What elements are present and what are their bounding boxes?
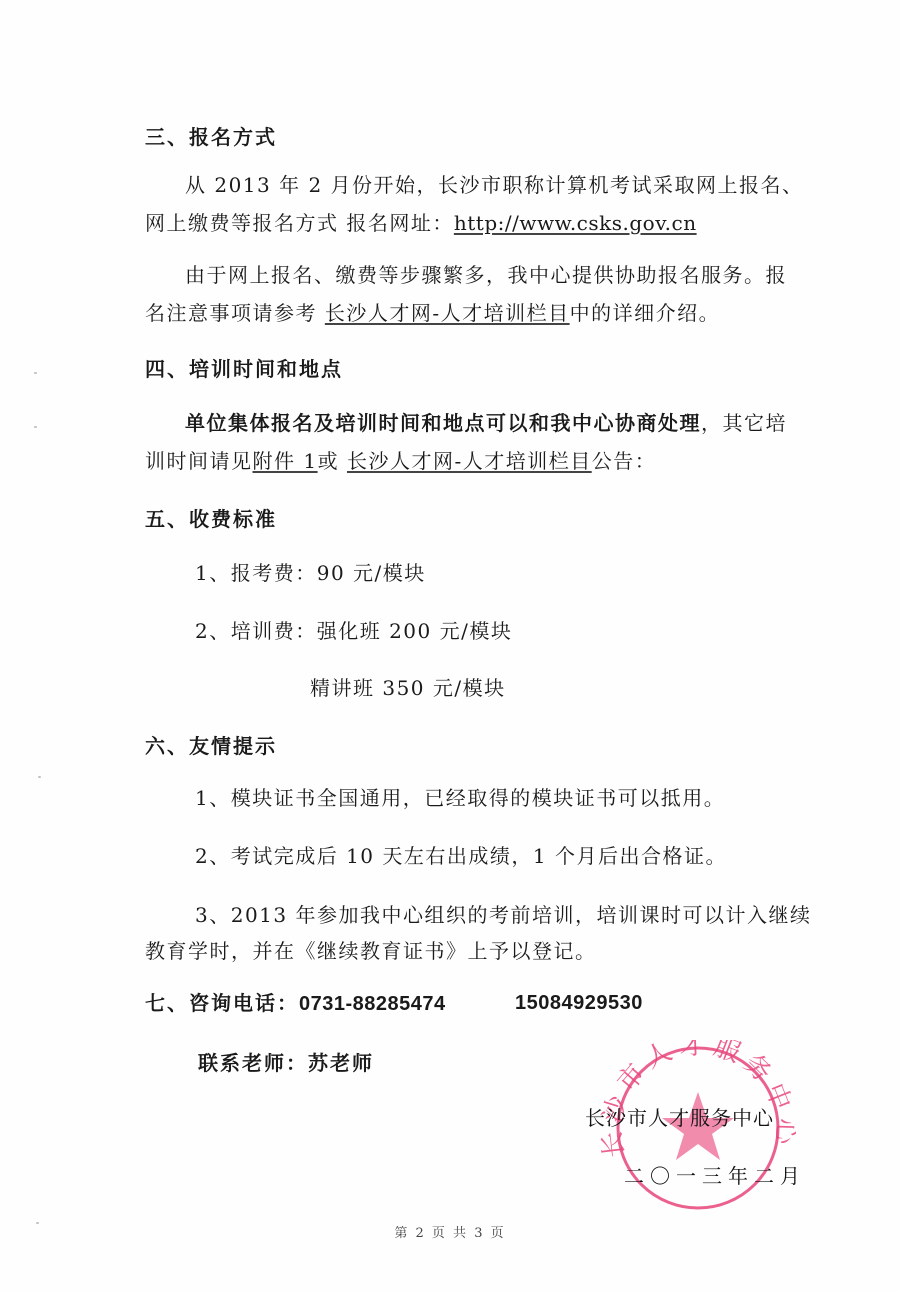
talent-training-link[interactable]: 长沙人才网-人才培训栏目 (325, 301, 570, 325)
contact-teacher: 联系老师：苏老师 (198, 1050, 374, 1076)
scan-speck (34, 372, 37, 374)
phone-landline: 0731-88285474 (299, 993, 446, 1015)
fee-item: 2、培训费：强化班 200 元/模块 (195, 618, 512, 644)
paragraph-text: 中的详细介绍。 (570, 301, 721, 325)
scan-speck (34, 426, 37, 428)
page-number-footer: 第 2 页 共 3 页 (0, 1222, 900, 1241)
section-heading-fees: 五、收费标准 (145, 506, 277, 532)
section-heading-tips: 六、友情提示 (145, 733, 277, 759)
tip-item: 1、模块证书全国通用，已经取得的模块证书可以抵用。 (195, 785, 725, 811)
paragraph-line: 单位集体报名及培训时间和地点可以和我中心协商处理，其它培 (185, 410, 787, 436)
paragraph-line: 训时间请见附件 1或 长沙人才网-人才培训栏目公告： (145, 448, 656, 474)
fee-item: 1、报考费：90 元/模块 (195, 560, 426, 586)
section-heading-registration: 三、报名方式 (145, 124, 277, 150)
section-heading-hotline: 七、咨询电话： (145, 991, 299, 1015)
paragraph-text: ，其它培 (701, 411, 787, 435)
paragraph-text: 网上缴费等报名方式 报名网址： (145, 211, 454, 235)
paragraph-line: 名注意事项请参考 长沙人才网-人才培训栏目中的详细介绍。 (145, 300, 720, 326)
section-heading-training-time-place: 四、培训时间和地点 (145, 356, 343, 382)
registration-url-link[interactable]: http://www.csks.gov.cn (454, 211, 697, 235)
signature-date: 二〇一三年二月 (624, 1160, 806, 1189)
phone-mobile: 15084929530 (515, 990, 643, 1016)
talent-training-link[interactable]: 长沙人才网-人才培训栏目 (347, 449, 592, 473)
document-page: 三、报名方式 从 2013 年 2 月份开始，长沙市职称计算机考试采取网上报名、… (0, 0, 900, 1291)
tip-item: 3、2013 年参加我中心组织的考前培训，培训课时可以计入继续 (195, 902, 811, 928)
scan-speck (38, 776, 41, 778)
svg-text:长沙市人才服务中心: 长沙市人才服务中心 (600, 1040, 796, 1159)
paragraph-bold-text: 单位集体报名及培训时间和地点可以和我中心协商处理 (185, 411, 701, 435)
stamp-text: 长沙市人才服务中心 (600, 1040, 796, 1159)
contact-phone-line: 七、咨询电话：0731-88285474 (145, 990, 446, 1017)
tip-item: 教育学时，并在《继续教育证书》上予以登记。 (145, 938, 597, 964)
paragraph-line: 从 2013 年 2 月份开始，长沙市职称计算机考试采取网上报名、 (185, 172, 804, 198)
tip-item: 2、考试完成后 10 天左右出成绩，1 个月后出合格证。 (195, 843, 727, 869)
attachment-1-link[interactable]: 附件 1 (253, 449, 318, 473)
fee-item: 精讲班 350 元/模块 (310, 675, 506, 701)
paragraph-text: 公告： (592, 449, 657, 473)
signature-org: 长沙市人才服务中心 (585, 1102, 774, 1131)
paragraph-line: 网上缴费等报名方式 报名网址：http://www.csks.gov.cn (145, 210, 697, 236)
paragraph-text: 训时间请见 (145, 449, 253, 473)
paragraph-text: 名注意事项请参考 (145, 301, 325, 325)
paragraph-text: 或 (318, 449, 347, 473)
paragraph-line: 由于网上报名、缴费等步骤繁多，我中心提供协助报名服务。报 (185, 262, 787, 288)
